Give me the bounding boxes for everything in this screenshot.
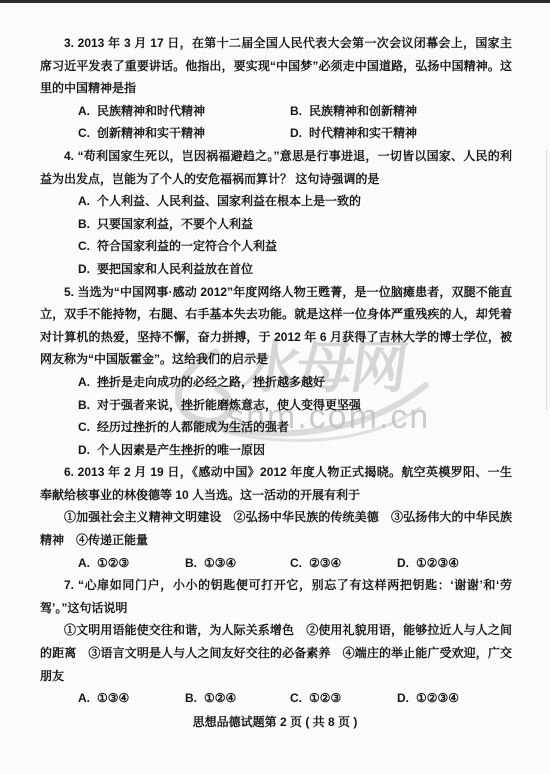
- option-text: 经历过挫折的人都能成为生活的强者: [97, 420, 289, 434]
- option-label: C.: [290, 556, 302, 570]
- option-text: 挫折是走向成功的必经之路，挫折越多越好: [97, 375, 325, 389]
- page-footer: 思想品德试题第 2 页 ( 共 8 页 ): [0, 713, 550, 731]
- option-text: 个人利益、人民利益、国家利益在根本上是一致的: [97, 194, 361, 208]
- option-text: ①③④: [204, 556, 236, 570]
- option-text: ②③④: [309, 556, 341, 570]
- option-D: D.个人因素是产生挫折的唯一原因: [78, 439, 512, 462]
- option-A: A.①②③: [78, 552, 185, 575]
- option-label: C.: [78, 126, 90, 140]
- question-stem: 7. “心扉如同门户，小小的钥匙便可打开它，别忘了有这样两把钥匙：‘谢谢’和‘劳…: [40, 574, 512, 619]
- option-text: 要把国家和人民利益放在首位: [97, 262, 253, 276]
- option-B: B.①②④: [185, 687, 290, 710]
- option-text: ①②④: [204, 691, 236, 705]
- option-text: 个人因素是产生挫折的唯一原因: [97, 443, 265, 457]
- option-text: ①③④: [97, 691, 129, 705]
- option-C: C.创新精神和实干精神: [78, 122, 290, 145]
- option-label: D.: [397, 691, 409, 705]
- scan-edge-right: [546, 150, 547, 410]
- option-label: B.: [185, 556, 197, 570]
- option-D: D.要把国家和人民利益放在首位: [78, 258, 512, 281]
- option-label: D.: [78, 262, 90, 276]
- option-label: B.: [185, 691, 197, 705]
- option-label: A.: [78, 104, 90, 118]
- option-label: C.: [78, 239, 90, 253]
- option-label: A.: [78, 691, 90, 705]
- options-group: A.民族精神和时代精神B.民族精神和创新精神C.创新精神和实干精神D.时代精神和…: [78, 100, 512, 145]
- option-label: D.: [290, 126, 302, 140]
- option-label: A.: [78, 556, 90, 570]
- option-text: 对于强者来说，挫折能磨炼意志，使人变得更坚强: [97, 398, 361, 412]
- question-q6: 6. 2013 年 2 月 19 日，《感动中国》2012 年度人物正式揭晓。航…: [40, 461, 512, 574]
- option-A: A.个人利益、人民利益、国家利益在根本上是一致的: [78, 190, 512, 213]
- question-q5: 5. 当选为“中国网事·感动 2012”年度网络人物王甦菁，是一位脑瘫患者，双腿…: [40, 281, 512, 462]
- options-group: A.挫折是走向成功的必经之路，挫折越多越好B.对于强者来说，挫折能磨炼意志，使人…: [78, 371, 512, 461]
- option-label: C.: [78, 420, 90, 434]
- option-B: B.只要国家利益，不要个人利益: [78, 213, 512, 236]
- option-text: ①②③: [309, 691, 341, 705]
- option-C: C.②③④: [290, 552, 397, 575]
- option-text: 民族精神和时代精神: [97, 104, 205, 118]
- question-list: 3. 2013 年 3 月 17 日，在第十二届全国人民代表大会第一次会议闭幕会…: [40, 32, 512, 710]
- question-statements: ①加强社会主义精神文明建设 ②弘扬中华民族的传统美德 ③弘扬伟大的中华民族精神 …: [40, 506, 512, 551]
- question-statements: ①文明用语能使交往和谐，为人际关系增色 ②使用礼貌用语，能够拉近人与人之间的距离…: [40, 619, 512, 687]
- option-C: C.①②③: [290, 687, 397, 710]
- question-q3: 3. 2013 年 3 月 17 日，在第十二届全国人民代表大会第一次会议闭幕会…: [40, 32, 512, 145]
- option-label: B.: [290, 104, 302, 118]
- option-A: A.挫折是走向成功的必经之路，挫折越多越好: [78, 371, 512, 394]
- option-label: B.: [78, 398, 90, 412]
- options-group: A.①②③B.①③④C.②③④D.①②③④: [78, 552, 512, 575]
- question-q4: 4. “苟利国家生死以，岂因祸福避趋之。”意思是行事进退，一切皆以国家、人民的利…: [40, 145, 512, 281]
- option-C: C.经历过挫折的人都能成为生活的强者: [78, 416, 512, 439]
- option-A: A.民族精神和时代精神: [78, 100, 290, 123]
- option-label: A.: [78, 194, 90, 208]
- option-text: 只要国家利益，不要个人利益: [97, 217, 253, 231]
- options-group: A.①③④B.①②④C.①②③D.①②③④: [78, 687, 512, 710]
- option-text: ①②③④: [416, 691, 459, 705]
- option-text: ①②③④: [416, 556, 459, 570]
- option-label: D.: [78, 443, 90, 457]
- option-label: A.: [78, 375, 90, 389]
- option-B: B.对于强者来说，挫折能磨炼意志，使人变得更坚强: [78, 394, 512, 417]
- option-C: C.符合国家利益的一定符合个人利益: [78, 235, 512, 258]
- question-stem: 5. 当选为“中国网事·感动 2012”年度网络人物王甦菁，是一位脑瘫患者，双腿…: [40, 281, 512, 371]
- option-A: A.①③④: [78, 687, 185, 710]
- option-label: B.: [78, 217, 90, 231]
- option-B: B.①③④: [185, 552, 290, 575]
- option-D: D.①②③④: [397, 552, 512, 575]
- scan-edge-top: [0, 0, 550, 3]
- option-B: B.民族精神和创新精神: [290, 100, 512, 123]
- question-stem: 6. 2013 年 2 月 19 日，《感动中国》2012 年度人物正式揭晓。航…: [40, 461, 512, 506]
- option-text: ①②③: [97, 556, 129, 570]
- option-label: D.: [397, 556, 409, 570]
- option-text: 创新精神和实干精神: [97, 126, 205, 140]
- exam-page-scan: 水母网 shm.com.cn 3. 2013 年 3 月 17 日，在第十二届全…: [0, 0, 550, 774]
- option-text: 符合国家利益的一定符合个人利益: [97, 239, 277, 253]
- option-text: 民族精神和创新精神: [309, 104, 417, 118]
- question-stem: 4. “苟利国家生死以，岂因祸福避趋之。”意思是行事进退，一切皆以国家、人民的利…: [40, 145, 512, 190]
- question-q7: 7. “心扉如同门户，小小的钥匙便可打开它，别忘了有这样两把钥匙：‘谢谢’和‘劳…: [40, 574, 512, 710]
- option-D: D.①②③④: [397, 687, 512, 710]
- option-label: C.: [290, 691, 302, 705]
- options-group: A.个人利益、人民利益、国家利益在根本上是一致的B.只要国家利益，不要个人利益C…: [78, 190, 512, 280]
- option-text: 时代精神和实干精神: [309, 126, 417, 140]
- option-D: D.时代精神和实干精神: [290, 122, 512, 145]
- question-stem: 3. 2013 年 3 月 17 日，在第十二届全国人民代表大会第一次会议闭幕会…: [40, 32, 512, 100]
